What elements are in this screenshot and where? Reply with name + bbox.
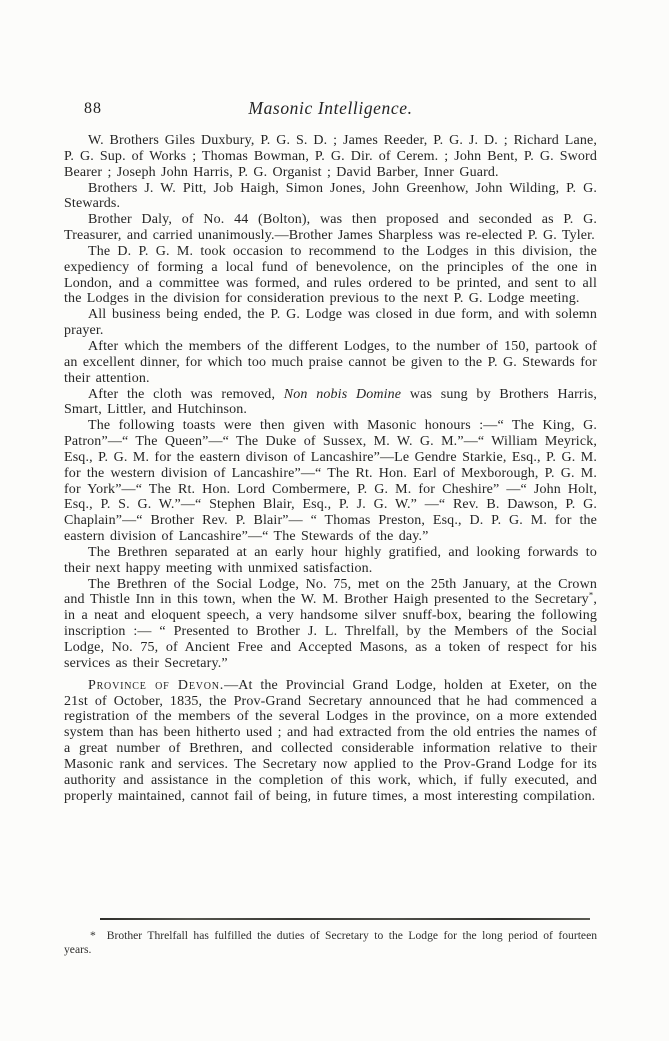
text-segment: Non nobis Domine bbox=[284, 387, 401, 402]
text-segment: Province of Devon. bbox=[88, 678, 224, 693]
running-title: Masonic Intelligence. bbox=[64, 98, 597, 119]
text-segment: W. Brothers Giles Duxbury, P. G. S. D. ;… bbox=[64, 133, 597, 180]
footnote: * Brother Threlfall has fulfilled the du… bbox=[64, 929, 597, 956]
paragraph: Brother Daly, of No. 44 (Bolton), was th… bbox=[64, 212, 597, 244]
text-segment: All business being ended, the P. G. Lodg… bbox=[64, 307, 597, 338]
paragraph: After the cloth was removed, Non nobis D… bbox=[64, 387, 597, 419]
footnote-divider bbox=[100, 918, 590, 920]
footnote-marker: * bbox=[90, 929, 96, 942]
text-segment: The following toasts were then given wit… bbox=[64, 418, 597, 544]
paragraph: After which the members of the different… bbox=[64, 339, 597, 387]
text-segment: After which the members of the different… bbox=[64, 339, 597, 386]
paragraph: Province of Devon.—At the Provincial Gra… bbox=[64, 678, 597, 805]
paragraph: Brothers J. W. Pitt, Job Haigh, Simon Jo… bbox=[64, 181, 597, 213]
paragraph: W. Brothers Giles Duxbury, P. G. S. D. ;… bbox=[64, 133, 597, 181]
paragraph: The D. P. G. M. took occasion to recomme… bbox=[64, 244, 597, 307]
scanned-page: 88 Masonic Intelligence. W. Brothers Gil… bbox=[0, 0, 669, 1041]
paragraph: All business being ended, the P. G. Lodg… bbox=[64, 307, 597, 339]
text-segment: The D. P. G. M. took occasion to recomme… bbox=[64, 244, 597, 307]
text-segment: —At the Provincial Grand Lodge, holden a… bbox=[64, 678, 597, 804]
footnote-line: * Brother Threlfall has fulfilled the du… bbox=[64, 929, 597, 956]
text-segment: Brothers J. W. Pitt, Job Haigh, Simon Jo… bbox=[64, 181, 597, 212]
text-segment: The Brethren of the Social Lodge, No. 75… bbox=[64, 577, 597, 608]
paragraph: The following toasts were then given wit… bbox=[64, 418, 597, 545]
footnote-text: Brother Threlfall has fulfilled the duti… bbox=[64, 929, 597, 956]
paragraph: The Brethren of the Social Lodge, No. 75… bbox=[64, 577, 597, 672]
page-header: 88 Masonic Intelligence. bbox=[64, 98, 597, 122]
text-segment: Brother Daly, of No. 44 (Bolton), was th… bbox=[64, 212, 597, 243]
text-segment: The Brethren separated at an early hour … bbox=[64, 545, 597, 576]
paragraph: The Brethren separated at an early hour … bbox=[64, 545, 597, 577]
article-body: W. Brothers Giles Duxbury, P. G. S. D. ;… bbox=[64, 133, 597, 804]
text-segment: After the cloth was removed, bbox=[88, 387, 284, 402]
